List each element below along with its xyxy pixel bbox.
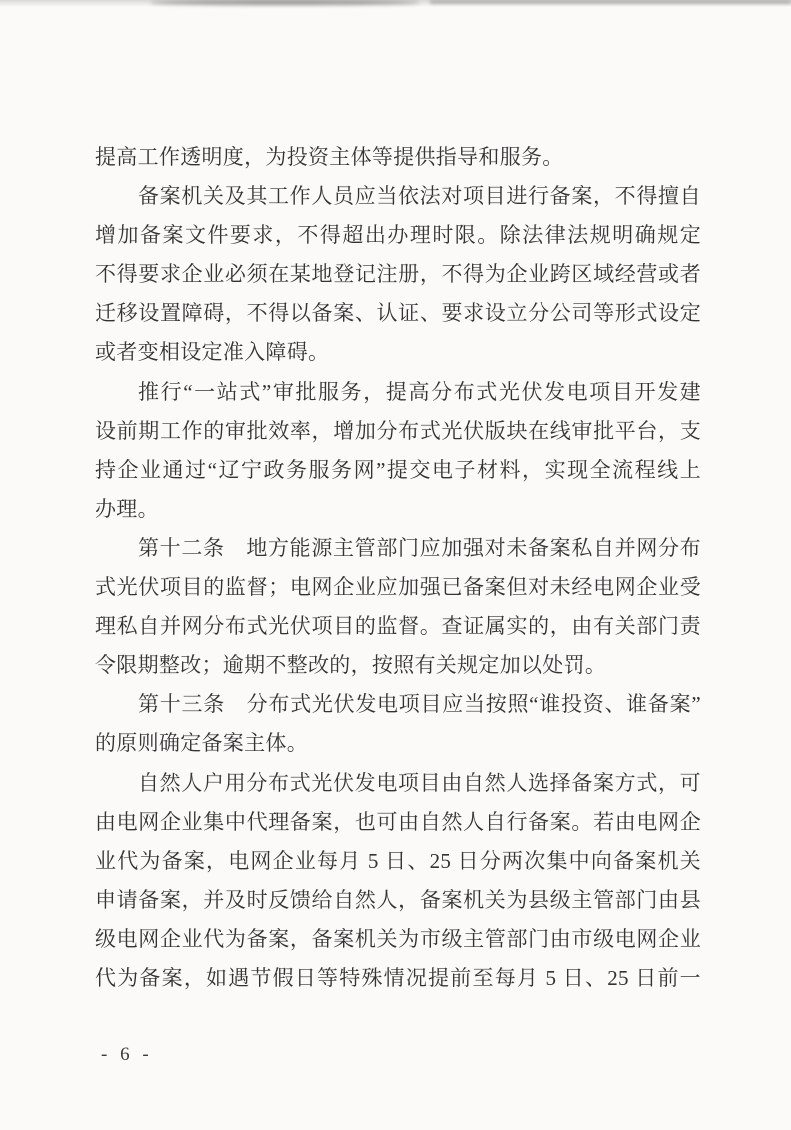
text-line: 设前期工作的审批效率，增加分布式光伏版块在线审批平台，支 [95,412,701,451]
text-line: 备案机关及其工作人员应当依法对项目进行备案，不得擅自 [95,177,701,216]
scan-streak-artifact [430,0,791,4]
text-line: 提高工作透明度，为投资主体等提供指导和服务。 [95,138,701,177]
text-line: 办理。 [95,490,701,529]
paragraph: 自然人户用分布式光伏发电项目由自然人选择备案方式，可由电网企业集中代理备案，也可… [95,764,701,999]
text-line: 级电网企业代为备案，备案机关为市级主管部门由市级电网企业 [95,920,701,959]
text-line: 申请备案，并及时反馈给自然人，备案机关为县级主管部门由县 [95,881,701,920]
paragraph: 提高工作透明度，为投资主体等提供指导和服务。 [95,138,701,177]
text-line: 或者变相设定准入障碍。 [95,333,701,372]
document-body: 提高工作透明度，为投资主体等提供指导和服务。备案机关及其工作人员应当依法对项目进… [95,138,701,998]
text-line: 不得要求企业必须在某地登记注册，不得为企业跨区域经营或者 [95,255,701,294]
text-line: 令限期整改；逾期不整改的，按照有关规定加以处罚。 [95,646,701,685]
text-line: 推行“一站式”审批服务，提高分布式光伏发电项目开发建 [95,373,701,412]
paragraph: 第十三条 分布式光伏发电项目应当按照“谁投资、谁备案”的原则确定备案主体。 [95,685,701,763]
text-line: 由电网企业集中代理备案，也可由自然人自行备案。若由电网企 [95,803,701,842]
paragraph: 备案机关及其工作人员应当依法对项目进行备案，不得擅自增加备案文件要求，不得超出办… [95,177,701,372]
text-line: 理私自并网分布式光伏项目的监督。查证属实的，由有关部门责 [95,607,701,646]
text-line: 式光伏项目的监督；电网企业应加强已备案但对未经电网企业受 [95,568,701,607]
text-line: 自然人户用分布式光伏发电项目由自然人选择备案方式，可 [95,764,701,803]
scan-edge-artifact [0,0,791,7]
text-line: 的原则确定备案主体。 [95,724,701,763]
page-number: - 6 - [101,1043,153,1067]
paragraph: 第十二条 地方能源主管部门应加强对未备案私自并网分布式光伏项目的监督；电网企业应… [95,529,701,685]
document-page: 提高工作透明度，为投资主体等提供指导和服务。备案机关及其工作人员应当依法对项目进… [0,0,791,1130]
paragraph: 推行“一站式”审批服务，提高分布式光伏发电项目开发建设前期工作的审批效率，增加分… [95,373,701,529]
scan-streak-artifact [150,0,420,5]
text-line: 第十二条 地方能源主管部门应加强对未备案私自并网分布 [95,529,701,568]
text-line: 业代为备案，电网企业每月 5 日、25 日分两次集中向备案机关 [95,842,701,881]
text-line: 持企业通过“辽宁政务服务网”提交电子材料，实现全流程线上 [95,451,701,490]
text-line: 增加备案文件要求，不得超出办理时限。除法律法规明确规定外， [95,216,701,255]
text-line: 迁移设置障碍，不得以备案、认证、要求设立分公司等形式设定 [95,294,701,333]
text-line: 第十三条 分布式光伏发电项目应当按照“谁投资、谁备案” [95,685,701,724]
text-line: 代为备案，如遇节假日等特殊情况提前至每月 5 日、25 日前一 [95,959,701,998]
